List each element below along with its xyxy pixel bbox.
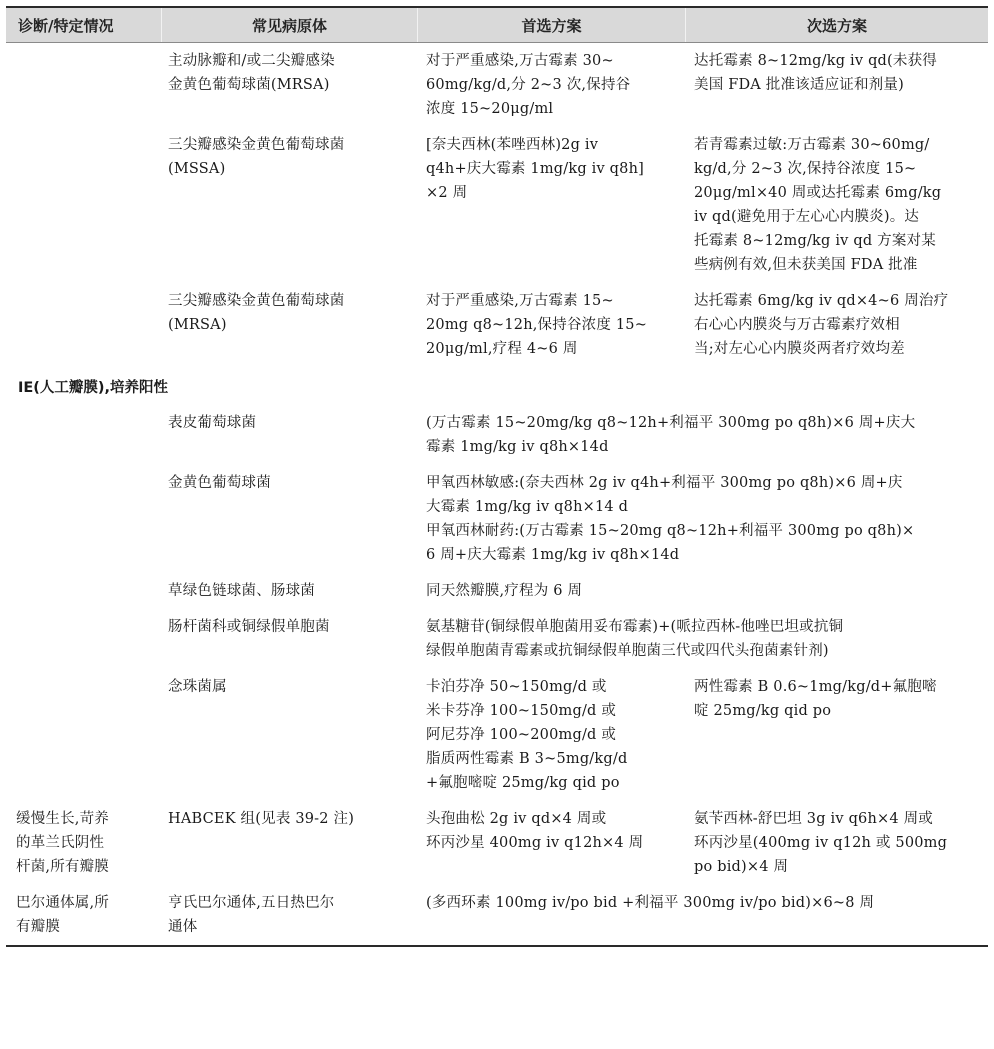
table-row: 三尖瓣感染金黄色葡萄球菌 (MRSA) 对于严重感染,万古霉素 15~ 20mg…	[6, 283, 988, 367]
table-row: 缓慢生长,苛养 的革兰氏阴性 杆菌,所有瓣膜 HABCEK 组(见表 39-2 …	[6, 801, 988, 885]
pathogen-cell: 主动脉瓣和/或二尖瓣感染 金黄色葡萄球菌(MRSA)	[162, 43, 418, 127]
pathogen-cell: 三尖瓣感染金黄色葡萄球菌 (MRSA)	[162, 283, 418, 367]
primary-cell: 对于严重感染,万古霉素 30~ 60mg/kg/d,分 2~3 次,保持谷 浓度…	[418, 43, 686, 127]
header-diagnosis: 诊断/特定情况	[6, 8, 162, 42]
primary-cell: 对于严重感染,万古霉素 15~ 20mg q8~12h,保持谷浓度 15~ 20…	[418, 283, 686, 367]
table-row: 表皮葡萄球菌 (万古霉素 15~20mg/kg q8~12h+利福平 300mg…	[6, 405, 988, 465]
combined-regimen-cell: (万古霉素 15~20mg/kg q8~12h+利福平 300mg po q8h…	[418, 405, 988, 465]
primary-cell: 卡泊芬净 50~150mg/d 或 米卡芬净 100~150mg/d 或 阿尼芬…	[418, 669, 686, 801]
combined-regimen-cell: 同天然瓣膜,疗程为 6 周	[418, 573, 988, 609]
table-row: 念珠菌属 卡泊芬净 50~150mg/d 或 米卡芬净 100~150mg/d …	[6, 669, 988, 801]
diagnosis-cell	[6, 43, 162, 127]
treatment-table: 诊断/特定情况 常见病原体 首选方案 次选方案 主动脉瓣和/或二尖瓣感染 金黄色…	[6, 6, 988, 947]
section-heading-prosthetic-valve: IE(人工瓣膜),培养阳性	[6, 367, 988, 405]
combined-regimen-cell: (多西环素 100mg iv/po bid +利福平 300mg iv/po b…	[418, 885, 988, 945]
table-row: 巴尔通体属,所 有瓣膜 亨氏巴尔通体,五日热巴尔 通体 (多西环素 100mg …	[6, 885, 988, 945]
table-row: 金黄色葡萄球菌 甲氧西林敏感:(奈夫西林 2g iv q4h+利福平 300mg…	[6, 465, 988, 573]
header-alternative-regimen: 次选方案	[686, 8, 988, 42]
diagnosis-cell	[6, 405, 162, 465]
diagnosis-cell: 巴尔通体属,所 有瓣膜	[6, 885, 162, 945]
diagnosis-cell	[6, 465, 162, 573]
table-row: 主动脉瓣和/或二尖瓣感染 金黄色葡萄球菌(MRSA) 对于严重感染,万古霉素 3…	[6, 43, 988, 127]
primary-cell: [奈夫西林(苯唑西林)2g iv q4h+庆大霉素 1mg/kg iv q8h]…	[418, 127, 686, 283]
alternative-cell: 达托霉素 6mg/kg iv qd×4~6 周治疗 右心心内膜炎与万古霉素疗效相…	[686, 283, 988, 367]
diagnosis-cell	[6, 283, 162, 367]
pathogen-cell: 肠杆菌科或铜绿假单胞菌	[162, 609, 418, 669]
alternative-cell: 两性霉素 B 0.6~1mg/kg/d+氟胞嘧 啶 25mg/kg qid po	[686, 669, 988, 801]
table-row: 三尖瓣感染金黄色葡萄球菌 (MSSA) [奈夫西林(苯唑西林)2g iv q4h…	[6, 127, 988, 283]
diagnosis-cell	[6, 127, 162, 283]
pathogen-cell: 草绿色链球菌、肠球菌	[162, 573, 418, 609]
diagnosis-cell: 缓慢生长,苛养 的革兰氏阴性 杆菌,所有瓣膜	[6, 801, 162, 885]
alternative-cell: 若青霉素过敏:万古霉素 30~60mg/ kg/d,分 2~3 次,保持谷浓度 …	[686, 127, 988, 283]
primary-cell: 头孢曲松 2g iv qd×4 周或 环丙沙星 400mg iv q12h×4 …	[418, 801, 686, 885]
table-header: 诊断/特定情况 常见病原体 首选方案 次选方案	[6, 8, 988, 43]
pathogen-cell: 亨氏巴尔通体,五日热巴尔 通体	[162, 885, 418, 945]
pathogen-cell: HABCEK 组(见表 39-2 注)	[162, 801, 418, 885]
diagnosis-cell	[6, 669, 162, 801]
diagnosis-cell	[6, 573, 162, 609]
alternative-cell: 氨苄西林-舒巴坦 3g iv q6h×4 周或 环丙沙星(400mg iv q1…	[686, 801, 988, 885]
table-row: 肠杆菌科或铜绿假单胞菌 氨基糖苷(铜绿假单胞菌用妥布霉素)+(哌拉西林-他唑巴坦…	[6, 609, 988, 669]
combined-regimen-cell: 氨基糖苷(铜绿假单胞菌用妥布霉素)+(哌拉西林-他唑巴坦或抗铜 绿假单胞菌青霉素…	[418, 609, 988, 669]
header-pathogen: 常见病原体	[162, 8, 418, 42]
pathogen-cell: 三尖瓣感染金黄色葡萄球菌 (MSSA)	[162, 127, 418, 283]
pathogen-cell: 金黄色葡萄球菌	[162, 465, 418, 573]
table-row: 草绿色链球菌、肠球菌 同天然瓣膜,疗程为 6 周	[6, 573, 988, 609]
combined-regimen-cell: 甲氧西林敏感:(奈夫西林 2g iv q4h+利福平 300mg po q8h)…	[418, 465, 988, 573]
table-bottom-rule	[6, 945, 988, 947]
alternative-cell: 达托霉素 8~12mg/kg iv qd(未获得 美国 FDA 批准该适应证和剂…	[686, 43, 988, 127]
pathogen-cell: 表皮葡萄球菌	[162, 405, 418, 465]
header-primary-regimen: 首选方案	[418, 8, 686, 42]
diagnosis-cell	[6, 609, 162, 669]
pathogen-cell: 念珠菌属	[162, 669, 418, 801]
